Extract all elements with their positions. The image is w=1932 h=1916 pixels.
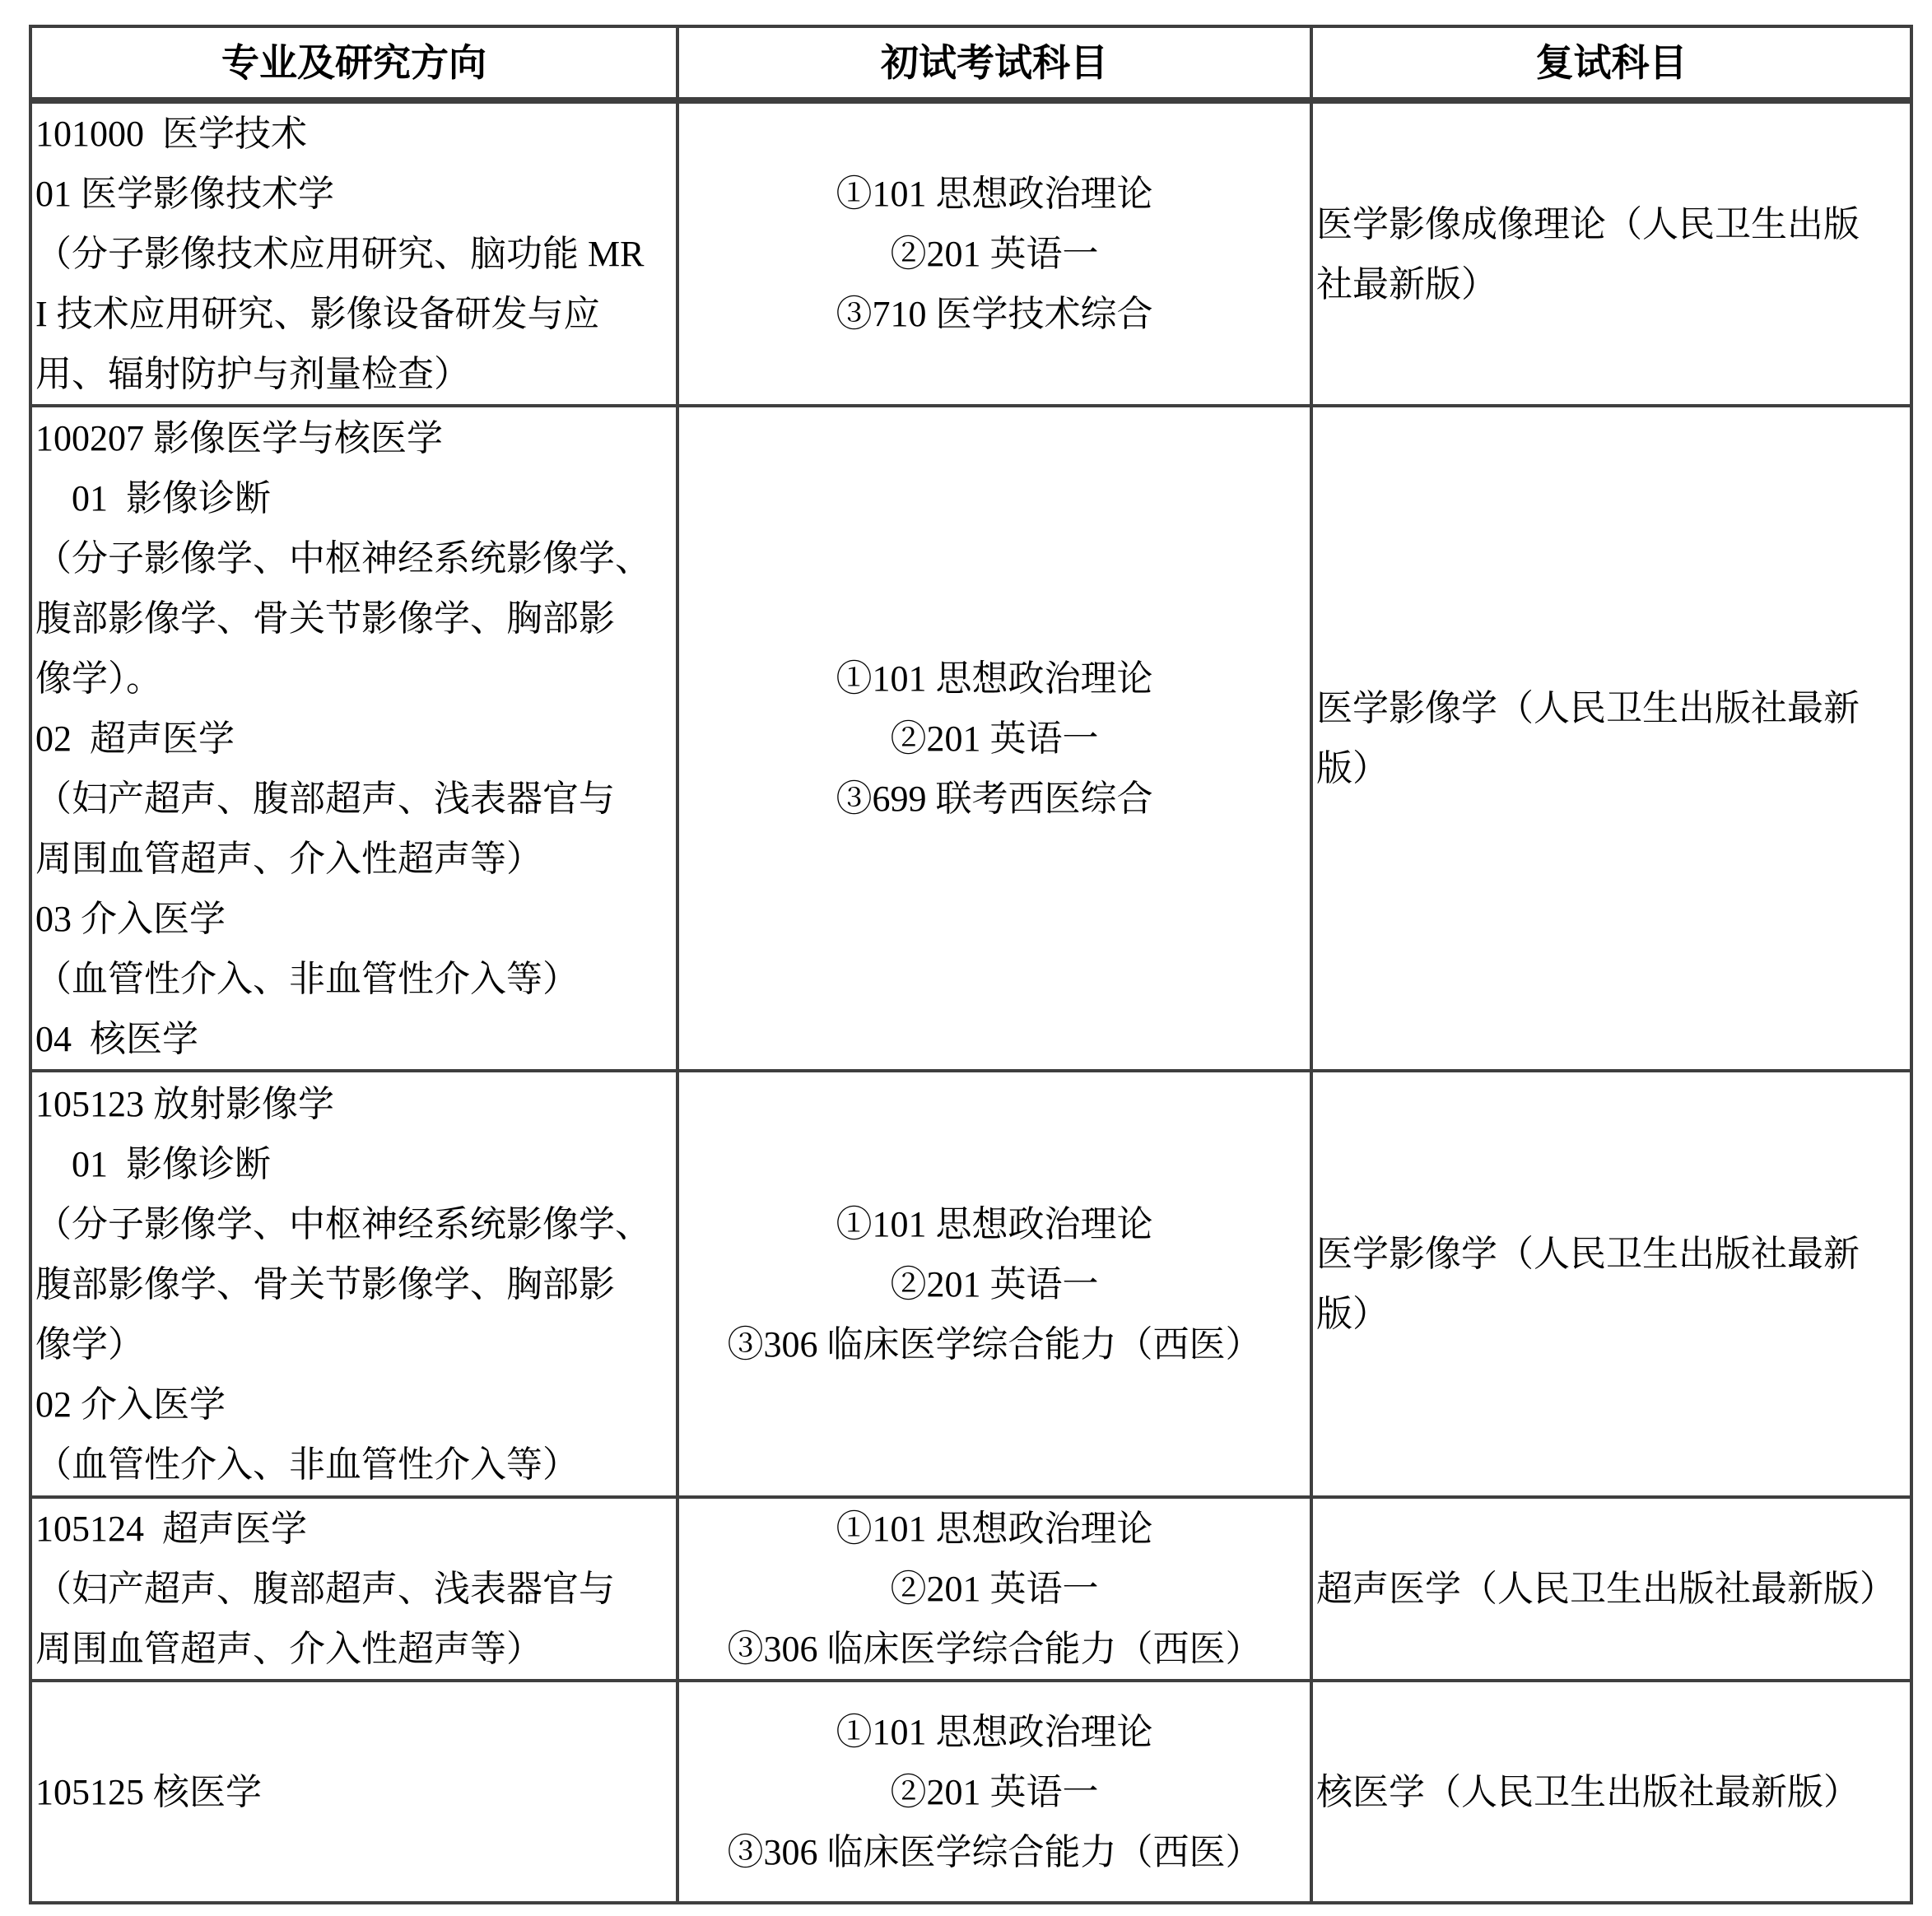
initial-exam-cell: ①101 思想政治理论 ②201 英语一 ③306 临床医学综合能力（西医） (677, 1497, 1311, 1681)
major-cell: 101000 医学技术 01 医学影像技术学 （分子影像技术应用研究、脑功能 M… (30, 100, 677, 406)
table-row: 105123 放射影像学 01 影像诊断 （分子影像学、中枢神经系统影像学、 腹… (30, 1071, 1911, 1497)
document-page: 专业及研究方向 初试考试科目 复试科目 101000 医学技术 01 医学影像技… (0, 0, 1932, 1916)
initial-exam-cell: ①101 思想政治理论 ②201 英语一 ③306 临床医学综合能力（西医） (677, 1681, 1311, 1903)
major-cell: 105123 放射影像学 01 影像诊断 （分子影像学、中枢神经系统影像学、 腹… (30, 1071, 677, 1497)
initial-exam-cell: ①101 思想政治理论 ②201 英语一 ③710 医学技术综合 (677, 100, 1311, 406)
major-cell: 105125 核医学 (30, 1681, 677, 1903)
initial-exam-cell: ①101 思想政治理论 ②201 英语一 ③699 联考西医综合 (677, 406, 1311, 1071)
table-row: 105125 核医学 ①101 思想政治理论 ②201 英语一 ③306 临床医… (30, 1681, 1911, 1903)
table-row: 100207 影像医学与核医学 01 影像诊断 （分子影像学、中枢神经系统影像学… (30, 406, 1911, 1071)
retest-cell: 医学影像学（人民卫生出版社最新 版） (1311, 1071, 1911, 1497)
retest-cell: 核医学（人民卫生出版社最新版） (1311, 1681, 1911, 1903)
retest-cell: 医学影像成像理论（人民卫生出版 社最新版） (1311, 100, 1911, 406)
major-cell: 100207 影像医学与核医学 01 影像诊断 （分子影像学、中枢神经系统影像学… (30, 406, 677, 1071)
initial-exam-cell: ①101 思想政治理论 ②201 英语一 ③306 临床医学综合能力（西医） (677, 1071, 1311, 1497)
retest-cell: 医学影像学（人民卫生出版社最新 版） (1311, 406, 1911, 1071)
header-initial-exam: 初试考试科目 (677, 26, 1311, 100)
admission-subjects-table: 专业及研究方向 初试考试科目 复试科目 101000 医学技术 01 医学影像技… (29, 25, 1913, 1904)
major-cell: 105124 超声医学 （妇产超声、腹部超声、浅表器官与 周围血管超声、介入性超… (30, 1497, 677, 1681)
header-major: 专业及研究方向 (30, 26, 677, 100)
table-row: 101000 医学技术 01 医学影像技术学 （分子影像技术应用研究、脑功能 M… (30, 100, 1911, 406)
header-retest: 复试科目 (1311, 26, 1911, 100)
retest-cell: 超声医学（人民卫生出版社最新版） (1311, 1497, 1911, 1681)
table-row: 105124 超声医学 （妇产超声、腹部超声、浅表器官与 周围血管超声、介入性超… (30, 1497, 1911, 1681)
header-row: 专业及研究方向 初试考试科目 复试科目 (30, 26, 1911, 100)
